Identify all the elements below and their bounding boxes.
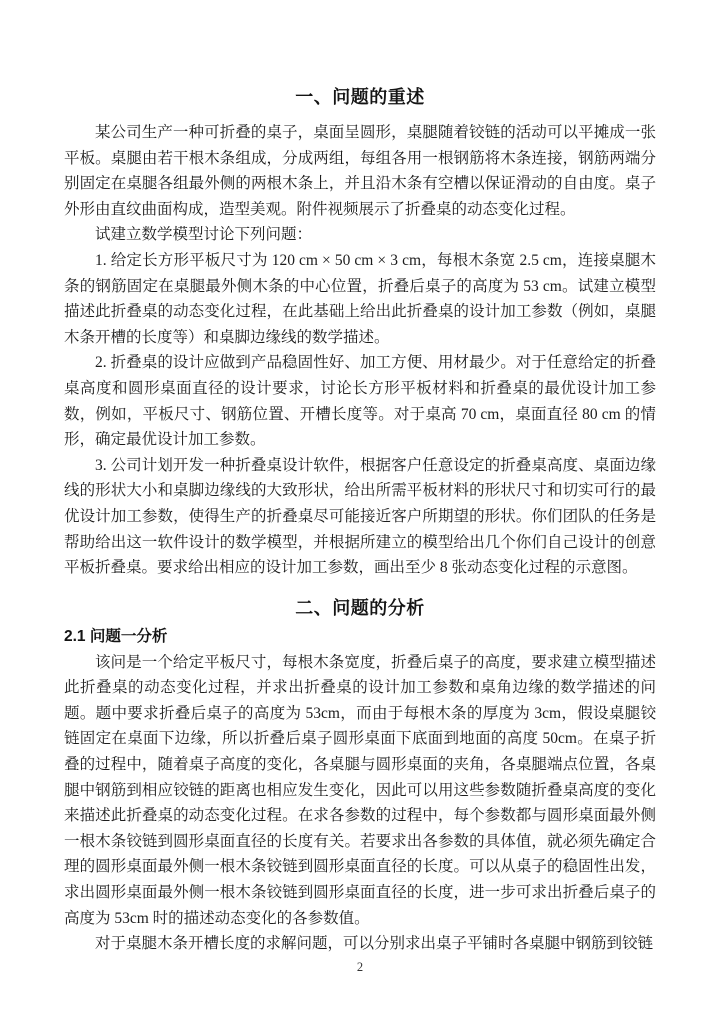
section-2-paragraph-slot-length: 对于桌腿木条开槽长度的求解问题，可以分别求出桌子平铺时各桌腿中钢筋到铰链 [64,931,656,957]
section-1-heading: 一、问题的重述 [64,84,656,110]
section-2-heading: 二、问题的分析 [64,595,656,621]
section-1-problem-item-3: 3. 公司计划开发一种折叠桌设计软件，根据客户任意设定的折叠桌高度、桌面边缘线的… [64,453,656,581]
page-number: 2 [0,960,720,975]
section-2-paragraph-analysis: 该问是一个给定平板尺寸，每根木条宽度，折叠后桌子的高度，要求建立模型描述此折叠桌… [64,650,656,932]
section-1-problem-item-2: 2. 折叠桌的设计应做到产品稳固性好、加工方便、用材最少。对于任意给定的折叠桌高… [64,350,656,452]
section-1-problem-item-1: 1. 给定长方形平板尺寸为 120 cm × 50 cm × 3 cm，每根木条… [64,248,656,350]
section-1-paragraph-lead-in: 试建立数学模型讨论下列问题： [64,222,656,248]
section-2-1-subheading: 2.1 问题一分析 [64,627,656,647]
section-1-paragraph-intro: 某公司生产一种可折叠的桌子，桌面呈圆形，桌腿随着铰链的活动可以平摊成一张平板。桌… [64,120,656,222]
document-page: 一、问题的重述 某公司生产一种可折叠的桌子，桌面呈圆形，桌腿随着铰链的活动可以平… [0,0,720,1017]
